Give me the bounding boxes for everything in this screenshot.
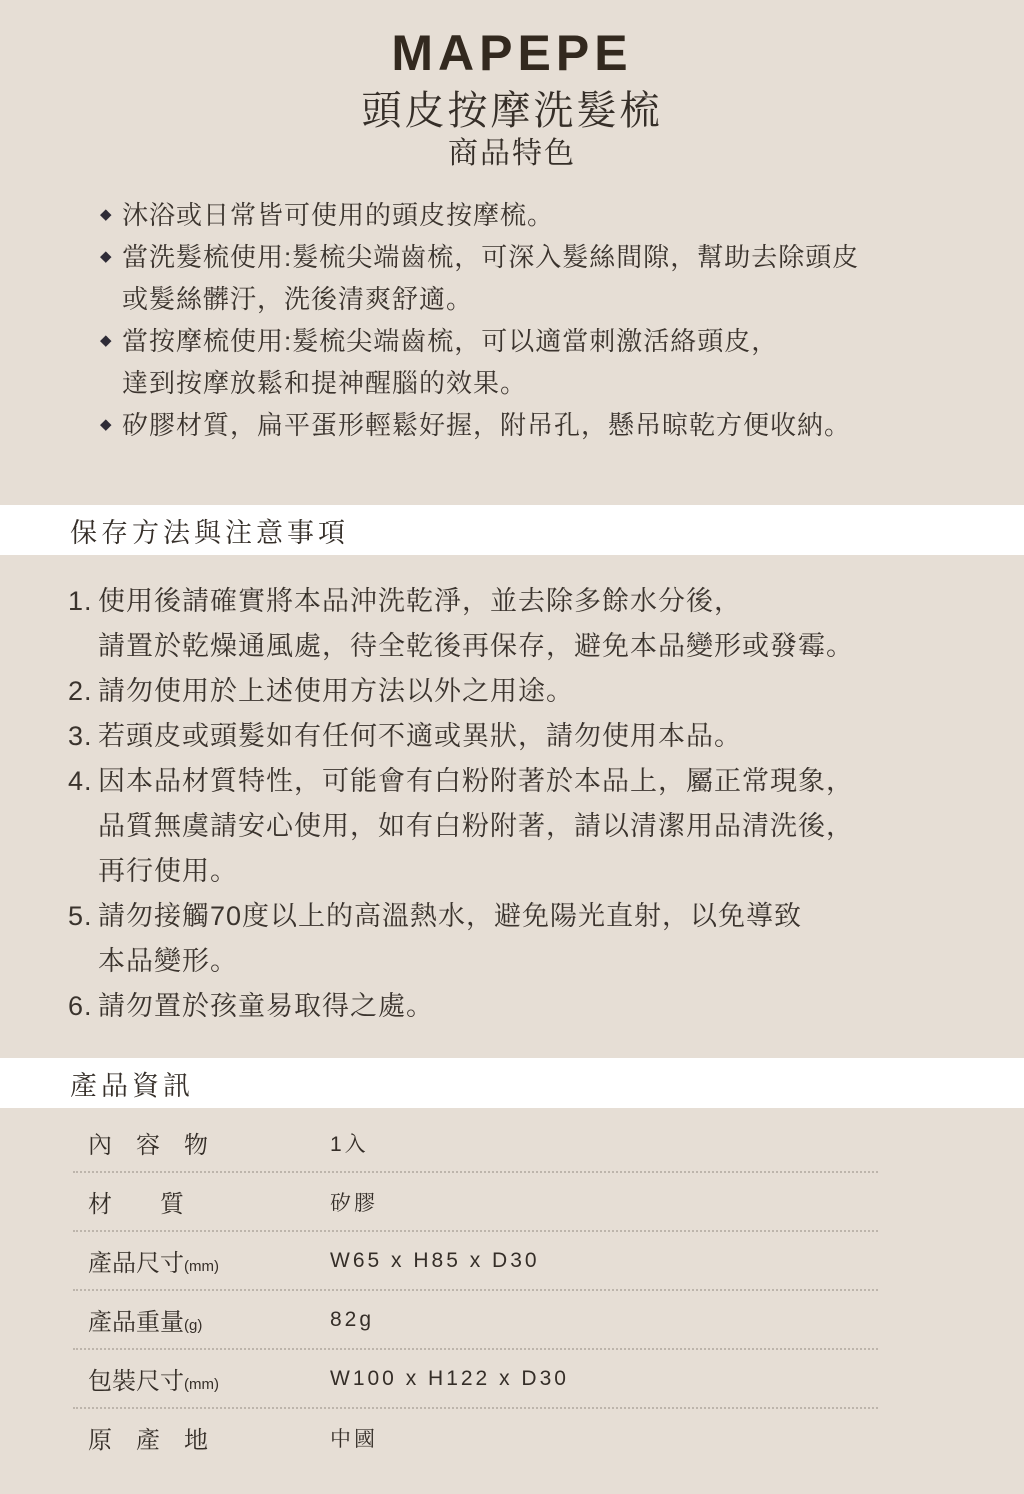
- row-value: 1入: [330, 1128, 878, 1158]
- note-line: 請勿置於孩童易取得之處。: [98, 984, 984, 1029]
- note-number: 1.: [68, 579, 98, 624]
- section-subtitle: 商品特色: [0, 136, 1024, 172]
- feature-item: ◆ 沐浴或日常皆可使用的頭皮按摩梳。: [100, 194, 984, 236]
- note-line: 再行使用。: [98, 849, 984, 894]
- table-row: 原 產 地 中國: [73, 1407, 878, 1466]
- row-value: 矽膠: [330, 1187, 878, 1217]
- diamond-bullet-icon: ◆: [100, 236, 122, 278]
- row-label: 包裝尺寸: [88, 1368, 184, 1395]
- care-notes-list: 1. 使用後請確實將本品沖洗乾淨，並去除多餘水分後， 請置於乾燥通風處，待全乾後…: [0, 555, 1024, 1058]
- note-item: 5. 請勿接觸70度以上的高溫熱水，避免陽光直射，以免導致 本品變形。: [68, 894, 984, 984]
- row-label: 產品尺寸: [88, 1250, 184, 1277]
- note-number: 2.: [68, 669, 98, 714]
- row-value: W65 x H85 x D30: [330, 1249, 878, 1273]
- row-value: 82g: [330, 1308, 878, 1332]
- brand-logo: MAPEPE: [0, 24, 1024, 82]
- note-line: 因本品材質特性，可能會有白粉附著於本品上，屬正常現象，: [98, 759, 984, 804]
- row-label-unit: (mm): [184, 1258, 219, 1275]
- product-info-page: MAPEPE 頭皮按摩洗髮梳 商品特色 ◆ 沐浴或日常皆可使用的頭皮按摩梳。 ◆…: [0, 0, 1024, 1494]
- row-label: 產品重量: [88, 1309, 184, 1336]
- row-label: 原 產 地: [88, 1427, 208, 1454]
- note-line: 請勿接觸70度以上的高溫熱水，避免陽光直射，以免導致: [98, 894, 984, 939]
- row-label-unit: (g): [184, 1317, 202, 1334]
- table-row: 產品尺寸(mm) W65 x H85 x D30: [73, 1230, 878, 1289]
- feature-line: 達到按摩放鬆和提神醒腦的效果。: [122, 362, 984, 404]
- note-line: 本品變形。: [98, 939, 984, 984]
- feature-list: ◆ 沐浴或日常皆可使用的頭皮按摩梳。 ◆ 當洗髮梳使用:髮梳尖端齒梳，可深入髮絲…: [100, 194, 984, 446]
- diamond-bullet-icon: ◆: [100, 404, 122, 446]
- table-row: 內 容 物 1入: [73, 1114, 878, 1171]
- note-item: 2. 請勿使用於上述使用方法以外之用途。: [68, 669, 984, 714]
- note-line: 若頭皮或頭髮如有任何不適或異狀，請勿使用本品。: [98, 714, 984, 759]
- feature-line: 當按摩梳使用:髮梳尖端齒梳，可以適當刺激活絡頭皮，: [122, 320, 984, 362]
- feature-item: ◆ 矽膠材質，扁平蛋形輕鬆好握，附吊孔，懸吊晾乾方便收納。: [100, 404, 984, 446]
- note-item: 1. 使用後請確實將本品沖洗乾淨，並去除多餘水分後， 請置於乾燥通風處，待全乾後…: [68, 579, 984, 669]
- note-number: 4.: [68, 759, 98, 804]
- row-label: 材 質: [88, 1191, 184, 1218]
- info-section-heading: 產品資訊: [70, 1064, 194, 1103]
- note-line: 請置於乾燥通風處，待全乾後再保存，避免本品變形或發霉。: [98, 624, 984, 669]
- product-title: 頭皮按摩洗髮梳: [0, 86, 1024, 136]
- row-value: 中國: [330, 1423, 878, 1453]
- table-row: 包裝尺寸(mm) W100 x H122 x D30: [73, 1348, 878, 1407]
- care-section-heading-band: 保存方法與注意事項: [0, 505, 1024, 555]
- note-number: 5.: [68, 894, 98, 939]
- table-row: 材 質 矽膠: [73, 1171, 878, 1230]
- table-row: 產品重量(g) 82g: [73, 1289, 878, 1348]
- care-section-heading: 保存方法與注意事項: [70, 511, 349, 550]
- feature-line: 矽膠材質，扁平蛋形輕鬆好握，附吊孔，懸吊晾乾方便收納。: [122, 404, 984, 446]
- feature-line: 或髮絲髒汙，洗後清爽舒適。: [122, 278, 984, 320]
- row-label: 內 容 物: [88, 1132, 208, 1159]
- note-item: 6. 請勿置於孩童易取得之處。: [68, 984, 984, 1029]
- product-info-table: 內 容 物 1入 材 質 矽膠 產品尺寸(mm) W65 x H85 x D30…: [73, 1114, 878, 1466]
- diamond-bullet-icon: ◆: [100, 194, 122, 236]
- note-line: 請勿使用於上述使用方法以外之用途。: [98, 669, 984, 714]
- feature-line: 沐浴或日常皆可使用的頭皮按摩梳。: [122, 194, 984, 236]
- feature-line: 當洗髮梳使用:髮梳尖端齒梳，可深入髮絲間隙，幫助去除頭皮: [122, 236, 984, 278]
- feature-item: ◆ 當按摩梳使用:髮梳尖端齒梳，可以適當刺激活絡頭皮， 達到按摩放鬆和提神醒腦的…: [100, 320, 984, 404]
- row-value: W100 x H122 x D30: [330, 1367, 878, 1391]
- hero-section: MAPEPE 頭皮按摩洗髮梳 商品特色 ◆ 沐浴或日常皆可使用的頭皮按摩梳。 ◆…: [0, 0, 1024, 505]
- info-section-heading-band: 產品資訊: [0, 1058, 1024, 1108]
- note-item: 3. 若頭皮或頭髮如有任何不適或異狀，請勿使用本品。: [68, 714, 984, 759]
- feature-item: ◆ 當洗髮梳使用:髮梳尖端齒梳，可深入髮絲間隙，幫助去除頭皮 或髮絲髒汙，洗後清…: [100, 236, 984, 320]
- note-line: 使用後請確實將本品沖洗乾淨，並去除多餘水分後，: [98, 579, 984, 624]
- note-line: 品質無虞請安心使用，如有白粉附著，請以清潔用品清洗後，: [98, 804, 984, 849]
- diamond-bullet-icon: ◆: [100, 320, 122, 362]
- note-item: 4. 因本品材質特性，可能會有白粉附著於本品上，屬正常現象， 品質無虞請安心使用…: [68, 759, 984, 894]
- note-number: 6.: [68, 984, 98, 1029]
- note-number: 3.: [68, 714, 98, 759]
- row-label-unit: (mm): [184, 1376, 219, 1393]
- product-info-section: 內 容 物 1入 材 質 矽膠 產品尺寸(mm) W65 x H85 x D30…: [0, 1108, 1024, 1466]
